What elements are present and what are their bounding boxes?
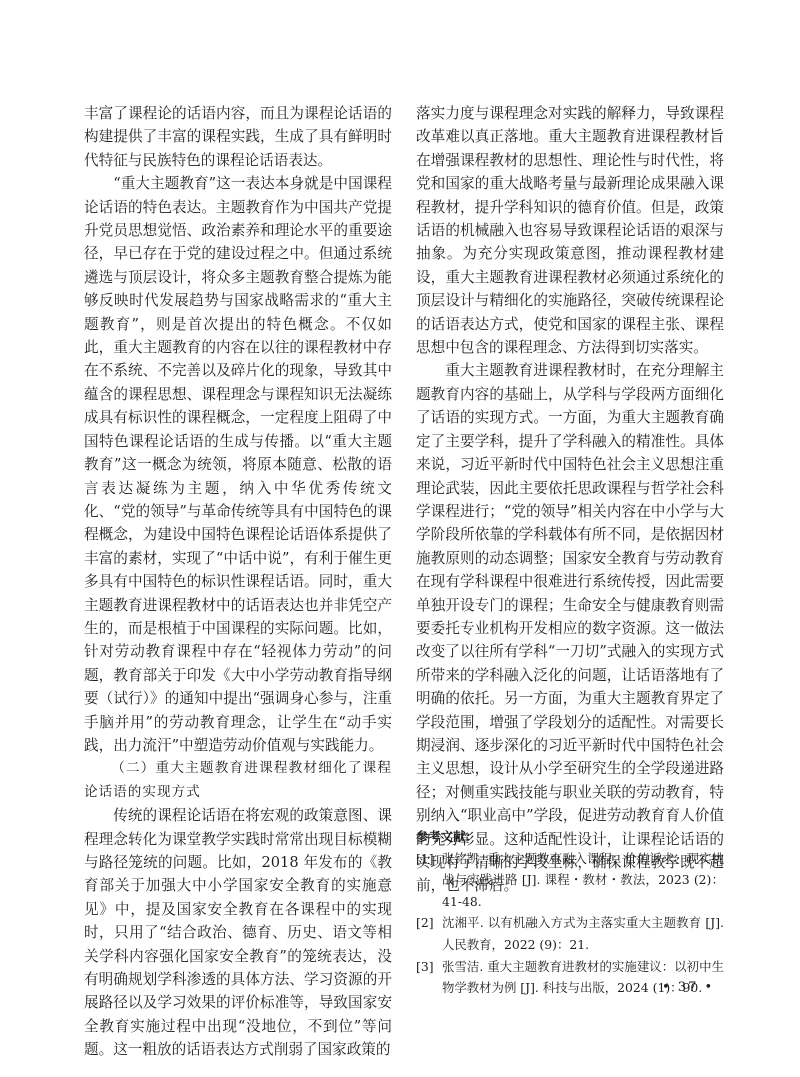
paragraph-traditional-discourse: 传统的课程论话语在将宏观的政策意图、课程理念转化为课堂教学实践时常常出现目标模糊… bbox=[84, 804, 392, 1061]
reference-text: 张铭凯. 重大主题教育融入课程：价值诉求、现实挑战与实践进路 [J]. 课程・教… bbox=[442, 848, 724, 913]
section-subheading: （二）重大主题教育进课程教材细化了课程论话语的实现方式 bbox=[84, 757, 392, 804]
left-column: 丰富了课程论的话语内容，而且为课程论话语的构建提供了丰富的课程实践，生成了具有鲜… bbox=[84, 102, 392, 1062]
reference-item: [1] 张铭凯. 重大主题教育融入课程：价值诉求、现实挑战与实践进路 [J]. … bbox=[416, 848, 724, 913]
paragraph-major-theme-education-concept: “重大主题教育”这一表达本身就是中国课程论话语的特色表达。主题教育作为中国共产党… bbox=[84, 172, 392, 757]
reference-number: [3] bbox=[416, 956, 442, 999]
right-column: 落实力度与课程理念对实践的解释力，导致课程改革难以真正落地。重大主题教育进课程教… bbox=[416, 102, 724, 898]
paragraph-continuation: 落实力度与课程理念对实践的解释力，导致课程改革难以真正落地。重大主题教育进课程教… bbox=[416, 102, 724, 359]
references-section: 参考文献： [1] 张铭凯. 重大主题教育融入课程：价值诉求、现实挑战与实践进路… bbox=[416, 826, 724, 999]
reference-number: [1] bbox=[416, 848, 442, 913]
paragraph-subject-and-stage: 重大主题教育进课程教材时，在充分理解主题教育内容的基础上，从学科与学段两方面细化… bbox=[416, 359, 724, 897]
page-number: • 37 • bbox=[662, 980, 714, 995]
paragraph-continuation: 丰富了课程论的话语内容，而且为课程论话语的构建提供了丰富的课程实践，生成了具有鲜… bbox=[84, 102, 392, 172]
reference-number: [2] bbox=[416, 912, 442, 955]
reference-text: 沈湘平. 以有机融入方式为主落实重大主题教育 [J]. 人民教育，2022 (9… bbox=[442, 912, 724, 955]
reference-item: [2] 沈湘平. 以有机融入方式为主落实重大主题教育 [J]. 人民教育，202… bbox=[416, 912, 724, 955]
references-title: 参考文献： bbox=[416, 826, 724, 848]
